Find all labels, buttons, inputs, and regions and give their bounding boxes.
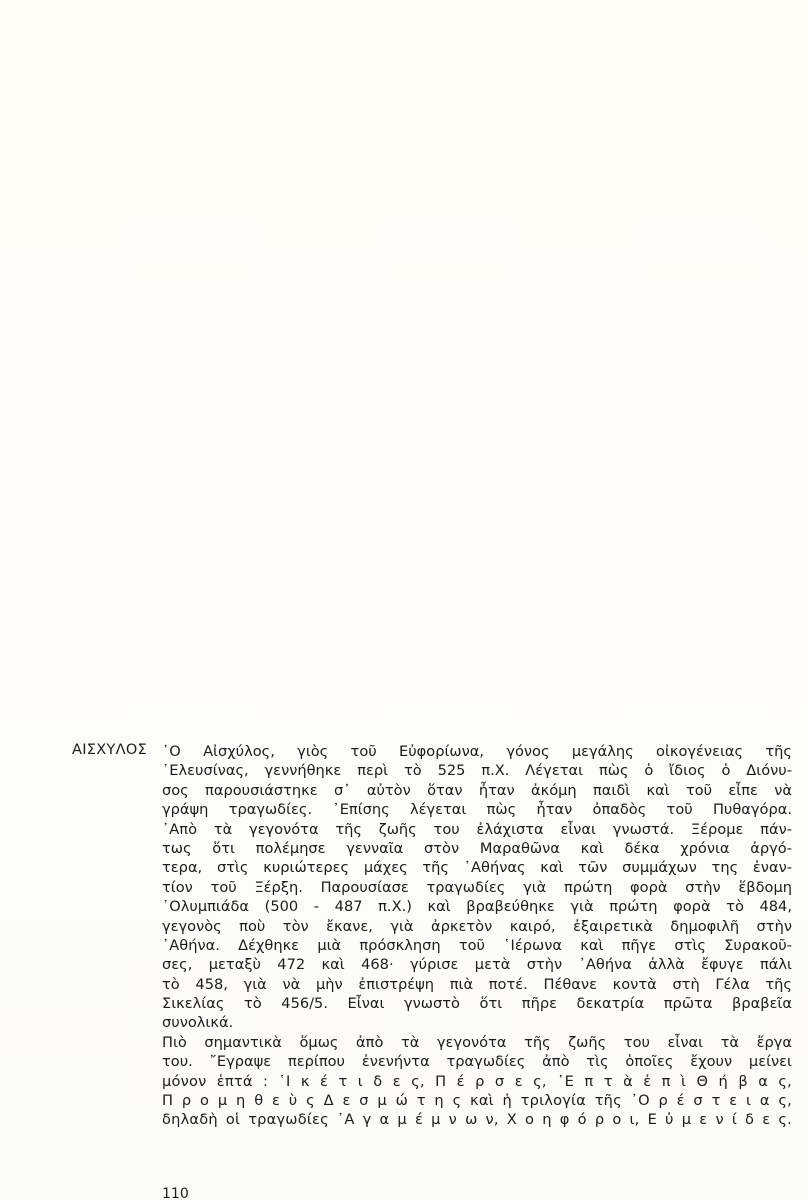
text-line: σες, μεταξὺ 472 καὶ 468· γύρισε μετὰ στὴ… [162,955,792,974]
text-line: Σικελίας τὸ 456/5. Εἶναι γνωστὸ ὅτι πῆρε… [162,994,792,1013]
text-line: του. ῎Εγραψε περίπου ἐνενήντα τραγωδίες … [162,1052,792,1071]
page-number: 110 [162,1186,189,1200]
side-heading: ΑΙΣΧΥΛΟΣ [72,742,147,758]
text-line: μόνον ἑπτά : ῾Ι κ έ τ ι δ ε ς, Π έ ρ σ ε… [162,1072,792,1091]
text-line: τως ὅτι πολέμησε γενναῖα στὸν Μαραθῶνα κ… [162,839,792,858]
text-line: Π ρ ο μ η θ ε ὺ ς Δ ε σ μ ώ τ η ς καὶ ἡ … [162,1091,792,1110]
text-line: ᾿Αθήνα. Δέχθηκε μιὰ πρόσκληση τοῦ ῾Ιέρων… [162,936,792,955]
text-line: ᾿Ελευσίνας, γεννήθηκε περὶ τὸ 525 π.Χ. Λ… [162,761,792,780]
text-line: τὸ 458, γιὰ νὰ μὴν ἐπιστρέψη πιὰ ποτέ. Π… [162,975,792,994]
text-line: ᾿Ολυμπιάδα (500 - 487 π.Χ.) καὶ βραβεύθη… [162,897,792,916]
text-line: γεγονὸς ποὺ τὸν ἔκανε, γιὰ ἀρκετὸν καιρό… [162,917,792,936]
text-line: ῾Ο Αἰσχύλος, γιὸς τοῦ Εὐφορίωνα, γόνος μ… [162,742,792,761]
text-line: σος παρουσιάστηκε σ᾿ αὐτὸν ὅταν ἦταν ἀκό… [162,781,792,800]
text-line: δηλαδὴ οἱ τραγωδίες ᾿Α γ α μ έ μ ν ω ν, … [162,1110,792,1129]
book-page: ΑΙΣΧΥΛΟΣ ῾Ο Αἰσχύλος, γιὸς τοῦ Εὐφορίωνα… [0,0,808,1200]
text-line: γράψη τραγωδίες. ᾿Επίσης λέγεται πὼς ἦτα… [162,800,792,819]
body-text: ῾Ο Αἰσχύλος, γιὸς τοῦ Εὐφορίωνα, γόνος μ… [162,742,792,1130]
text-line: Πιὸ σημαντικὰ ὅμως ἀπὸ τὰ γεγονότα τῆς ζ… [162,1033,792,1052]
text-line: τερα, στὶς κυριώτερες μάχες τῆς ᾿Αθήνας … [162,858,792,877]
text-line: ᾿Απὸ τὰ γεγονότα τῆς ζωῆς του ἐλάχιστα ε… [162,820,792,839]
text-line: συνολικά. [162,1013,792,1032]
text-line: τίον τοῦ Ξέρξη. Παρουσίασε τραγωδίες γιὰ… [162,878,792,897]
